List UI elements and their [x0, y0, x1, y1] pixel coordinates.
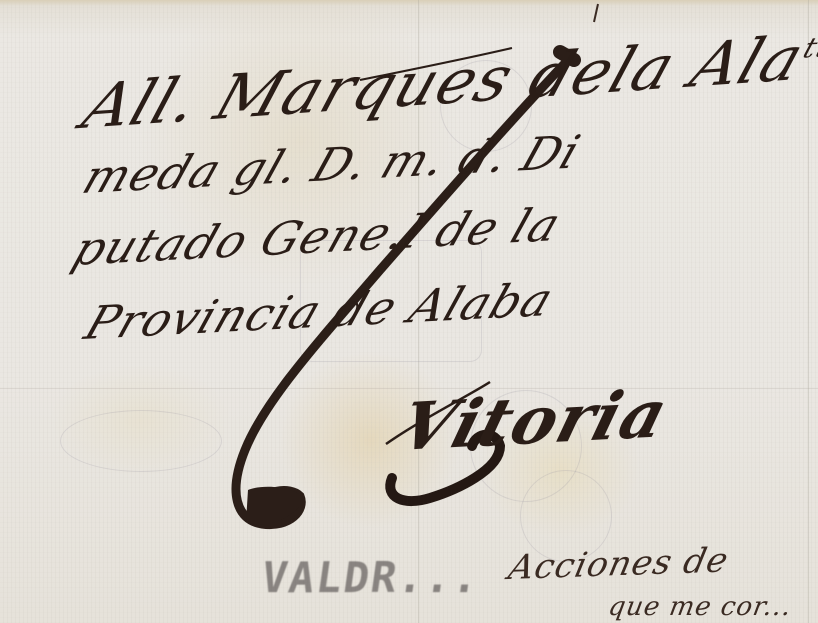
- postmark-stamp: VALDR...: [259, 553, 484, 602]
- docket-note-line-1: Acciones de: [505, 540, 732, 588]
- docket-note-line-2: que me cor...: [606, 592, 794, 622]
- destination-city: Vitoria: [392, 375, 677, 466]
